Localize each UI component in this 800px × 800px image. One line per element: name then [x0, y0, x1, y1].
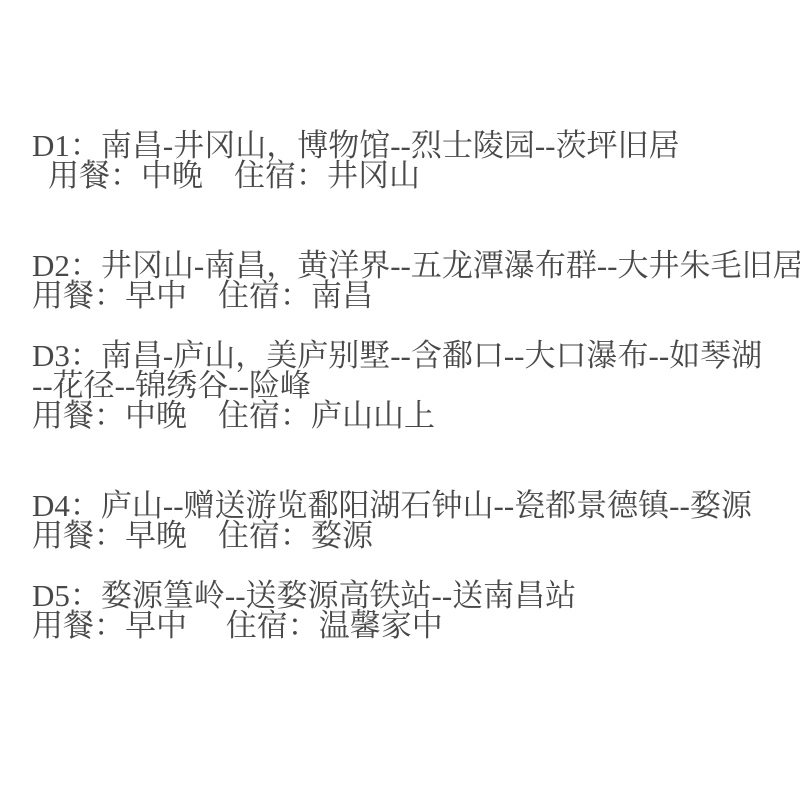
- route-line-d2: D2：井冈山-南昌，黄洋界--五龙潭瀑布群--大井朱毛旧居: [32, 251, 800, 281]
- itinerary-block-d2: D2：井冈山-南昌，黄洋界--五龙潭瀑布群--大井朱毛旧居 用餐：早中 住宿：南…: [32, 251, 800, 311]
- itinerary-block-d1: D1：南昌-井冈山，博物馆--烈士陵园--茨坪旧居 用餐：中晚 住宿：井冈山: [32, 131, 800, 191]
- route-line-d4: D4：庐山--赠送游览鄱阳湖石钟山--瓷都景德镇--婺源: [32, 491, 800, 521]
- route-line-d3-continued: --花径--锦绣谷--险峰: [32, 371, 800, 401]
- route-line-d3: D3：南昌-庐山，美庐别墅--含鄱口--大口瀑布--如琴湖: [32, 341, 800, 371]
- meal-lodging-line-d2: 用餐：早中 住宿：南昌: [32, 281, 800, 311]
- meal-lodging-line-d3: 用餐：中晚 住宿：庐山山上: [32, 401, 800, 431]
- itinerary-document: D1：南昌-井冈山，博物馆--烈士陵园--茨坪旧居 用餐：中晚 住宿：井冈山 D…: [32, 131, 800, 641]
- itinerary-block-d4: D4：庐山--赠送游览鄱阳湖石钟山--瓷都景德镇--婺源 用餐：早晚 住宿：婺源: [32, 491, 800, 551]
- meal-lodging-line-d4: 用餐：早晚 住宿：婺源: [32, 521, 800, 551]
- itinerary-block-d5: D5：婺源篁岭--送婺源高铁站--送南昌站 用餐：早中 住宿：温馨家中: [32, 581, 800, 641]
- meal-lodging-line-d5: 用餐：早中 住宿：温馨家中: [32, 611, 800, 641]
- route-line-d1: D1：南昌-井冈山，博物馆--烈士陵园--茨坪旧居: [32, 131, 800, 161]
- route-line-d5: D5：婺源篁岭--送婺源高铁站--送南昌站: [32, 581, 800, 611]
- itinerary-block-d3: D3：南昌-庐山，美庐别墅--含鄱口--大口瀑布--如琴湖 --花径--锦绣谷-…: [32, 341, 800, 431]
- meal-lodging-line-d1: 用餐：中晚 住宿：井冈山: [32, 161, 800, 191]
